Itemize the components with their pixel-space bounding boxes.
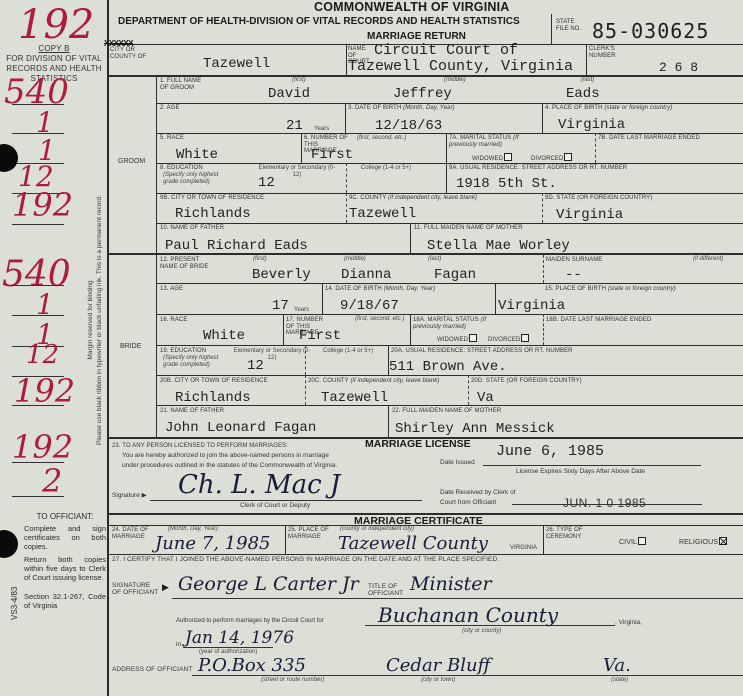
state-file-label: STATE FILE NO.	[556, 19, 586, 32]
groom-marriage-number[interactable]: First	[311, 147, 353, 163]
elementary-label: Elementary or Secondary (0-12)	[232, 348, 312, 362]
form-code: VS3-4/83	[10, 587, 19, 620]
bride-dob-label: 14. DATE OF BIRTH (Month, Day, Year)	[325, 286, 435, 293]
college-label: College (1-4 or 5+)	[318, 348, 378, 355]
license-heading: MARRIAGE LICENSE	[365, 438, 471, 450]
groom-street[interactable]: 1918 5th St.	[456, 176, 557, 192]
college-label: College (1-4 or 5+)	[356, 165, 416, 172]
date-received-label-2: Court from Officiant	[440, 499, 496, 506]
red-mark: 192	[12, 186, 73, 224]
bride-county-label: 20c. COUNTY (if independent city, leave …	[308, 378, 439, 385]
state-file-number: 85-030625	[592, 19, 709, 43]
groom-divorced-checkbox[interactable]: DIVORCED	[531, 153, 572, 163]
marriage-place-hint: (county or independent city)	[340, 526, 414, 532]
form-name: MARRIAGE RETURN	[367, 31, 466, 42]
binder-hole	[0, 144, 18, 172]
groom-section-label: GROOM	[118, 158, 145, 165]
signature-label: Signature ▶	[112, 491, 147, 499]
marriage-number-hint: (first, second, etc.)	[355, 316, 404, 322]
officiant-heading: TO OFFICIANT:	[24, 512, 106, 521]
marriage-date-label: 24. DATE OF MARRIAGE	[112, 527, 157, 540]
expiry-note: License Expires Sixty Days After Above D…	[516, 468, 645, 475]
years-label: Years	[294, 307, 309, 313]
city-hint: (city or town)	[421, 677, 455, 683]
middle-hint: (middle)	[344, 256, 366, 262]
last-hint: (last)	[581, 77, 594, 83]
groom-race[interactable]: White	[176, 147, 218, 163]
bride-race[interactable]: White	[203, 328, 245, 344]
red-mark: 192	[18, 2, 94, 48]
bride-marriage-number[interactable]: First	[299, 328, 341, 344]
license-text-1: You are hereby authorized to join the ab…	[122, 452, 329, 459]
groom-father[interactable]: Paul Richard Eads	[165, 238, 308, 254]
red-mark: 192	[12, 428, 73, 466]
bride-mother-label: 22. FULL MAIDEN NAME OF MOTHER	[392, 408, 501, 415]
groom-race-label: 5. RACE	[160, 135, 184, 142]
officiant-instructions: TO OFFICIANT: Complete and sign certific…	[24, 512, 106, 614]
bride-education[interactable]: 12	[247, 358, 264, 374]
bride-father-label: 21. NAME OF FATHER	[160, 408, 224, 415]
bride-first-name[interactable]: Beverly	[252, 267, 311, 283]
marriage-number-hint: (first, second, etc.)	[357, 135, 406, 141]
arrow-right-icon: ▶	[162, 582, 169, 593]
binding-note: Margin reserved for binding Please use b…	[86, 175, 104, 465]
civil-checkbox[interactable]: CIVIL	[619, 537, 646, 547]
bride-state-label: 20d. STATE (OR FOREIGN COUNTRY)	[471, 378, 582, 385]
groom-pob[interactable]: Virginia	[558, 117, 625, 133]
religious-checkbox[interactable]: RELIGIOUS	[679, 537, 727, 547]
groom-education[interactable]: 12	[258, 175, 275, 191]
groom-mother-label: 11. FULL MAIDEN NAME OF MOTHER	[414, 225, 523, 232]
groom-county[interactable]: Tazewell	[349, 206, 416, 222]
checkbox-icon[interactable]	[521, 334, 529, 342]
state-file-box: STATE FILE NO. 85-030625	[551, 14, 743, 44]
groom-city[interactable]: Richlands	[175, 206, 251, 222]
bride-age[interactable]: 17	[272, 298, 289, 314]
officiant-address-label: ADDRESS OF OFFICIANT	[112, 667, 192, 674]
court-line-2[interactable]: Tazewell County, Virginia	[348, 58, 573, 75]
groom-mother[interactable]: Stella Mae Worley	[427, 238, 570, 254]
officiant-street[interactable]: P.O.Box 335	[198, 655, 306, 676]
left-margin: 192 COPY B FOR DIVISION OF VITAL RECORDS…	[0, 0, 108, 696]
groom-state[interactable]: Virginia	[556, 207, 623, 223]
authorization-date[interactable]: Jan 14, 1976	[185, 628, 294, 648]
city-county-value[interactable]: Tazewell	[203, 56, 270, 72]
red-mark: 1	[36, 288, 54, 321]
bride-father[interactable]: John Leonard Fagan	[165, 420, 316, 436]
marriage-return-form: 192 COPY B FOR DIVISION OF VITAL RECORDS…	[0, 0, 743, 696]
officiant-state[interactable]: Va.	[603, 655, 631, 676]
license-intro-label: 23. TO ANY PERSON LICENSED TO PERFORM MA…	[112, 443, 288, 450]
court-line-1[interactable]: Circuit Court of	[374, 42, 518, 59]
groom-last-name[interactable]: Eads	[566, 86, 600, 102]
middle-hint: (middle)	[444, 77, 466, 83]
bride-section-label: BRIDE	[120, 343, 141, 350]
groom-education-label: 8. EDUCATION	[160, 165, 203, 172]
groom-street-label: 9a. USUAL RESIDENCE: STREET ADDRESS OR R…	[449, 165, 627, 172]
authorized-label: Authorized to perform marriages by the C…	[176, 618, 324, 624]
form-title: COMMONWEALTH OF VIRGINIA	[314, 0, 510, 14]
bride-education-label: 19. EDUCATION	[160, 348, 206, 355]
bride-name-label: 12. PRESENT NAME OF BRIDE	[160, 257, 210, 270]
bride-age-label: 13. AGE	[160, 286, 183, 293]
clerk-number-label: CLERK'S NUMBER	[589, 46, 629, 59]
bride-state[interactable]: Va	[477, 390, 494, 406]
bride-race-label: 16. RACE	[160, 317, 187, 324]
marriage-date-hint: (Month, Day, Year)	[168, 526, 218, 532]
clerk-signature[interactable]: Ch. L. Mac J	[178, 470, 340, 500]
marriage-place-label: 25. PLACE OF MARRIAGE	[288, 527, 333, 540]
red-mark: 2	[42, 462, 62, 500]
last-hint: (last)	[428, 256, 441, 262]
bride-divorced-checkbox[interactable]: DIVORCED	[488, 334, 529, 344]
date-received-label-1: Date Received by Clerk of	[440, 489, 516, 496]
bride-street-label: 20a. USUAL RESIDENCE: STREET ADDRESS OR …	[391, 348, 573, 355]
bride-dob[interactable]: 9/18/67	[340, 298, 399, 314]
maiden-surname-label: MAIDEN SURNAME	[546, 257, 602, 264]
first-hint: (first)	[253, 256, 267, 262]
bride-marital-status-label: 18a. MARITAL STATUS (If previously marri…	[413, 317, 508, 330]
bride-last-marriage-ended-label: 18b. DATE LAST MARRIAGE ENDED	[546, 317, 651, 324]
binding-line-2: Please use black ribbon in typewriter or…	[95, 175, 104, 465]
marriage-date[interactable]: June 7, 1985	[155, 533, 270, 554]
city-county-label: CITY OR COUNTY OF	[110, 47, 150, 60]
groom-last-marriage-ended-label: 7b. DATE LAST MARRIAGE ENDED	[598, 135, 700, 142]
groom-age[interactable]: 21	[286, 118, 303, 134]
clerk-number[interactable]: 2 6 8	[659, 60, 698, 75]
officiant-instruction-2: Return both copies within five days to C…	[24, 555, 106, 582]
binder-hole	[0, 530, 18, 558]
checkbox-icon[interactable]	[564, 153, 572, 161]
checked-checkbox-icon[interactable]	[719, 537, 727, 545]
marriage-place[interactable]: Tazewell County	[338, 533, 488, 554]
authorized-court[interactable]: Buchanan County	[378, 603, 558, 627]
groom-first-name[interactable]: David	[268, 86, 310, 102]
license-text-2: under procedures outlined in the statute…	[122, 462, 337, 469]
groom-father-label: 10. NAME OF FATHER	[160, 225, 224, 232]
officiant-title[interactable]: Minister	[410, 573, 492, 595]
officiant-city[interactable]: Cedar Bluff	[386, 655, 490, 676]
groom-marital-status-label: 7a. MARITAL STATUS (If previously marrie…	[449, 135, 544, 148]
ceremony-type-label: 26. TYPE OF CEREMONY	[546, 527, 596, 540]
bride-maiden-surname[interactable]: --	[565, 267, 582, 283]
groom-dob-label: 3. DATE OF BIRTH (Month, Day, Year)	[348, 105, 455, 112]
groom-pob-label: 4. PLACE OF BIRTH (state or foreign coun…	[545, 105, 672, 112]
department-title: DEPARTMENT OF HEALTH-DIVISION OF VITAL R…	[118, 16, 520, 27]
groom-city-label: 9b. CITY OR TOWN OF RESIDENCE	[160, 195, 264, 202]
bride-city[interactable]: Richlands	[175, 390, 251, 406]
groom-widowed-checkbox[interactable]: WIDOWED	[472, 153, 512, 163]
bride-county[interactable]: Tazewell	[321, 390, 388, 406]
checkbox-icon[interactable]	[504, 153, 512, 161]
groom-dob[interactable]: 12/18/63	[375, 118, 442, 134]
groom-state-label: 9d. STATE (OR FOREIGN COUNTRY)	[545, 195, 652, 202]
officiant-signature[interactable]: George L Carter Jr	[178, 573, 359, 595]
bride-middle-name[interactable]: Dianna	[341, 267, 391, 283]
checkbox-icon[interactable]	[638, 537, 646, 545]
date-issued[interactable]: June 6, 1985	[496, 443, 604, 460]
checkbox-icon[interactable]	[469, 334, 477, 342]
bride-city-label: 20b. CITY OR TOWN OF RESIDENCE	[160, 378, 268, 385]
education-hint: (Specify only highest grade completed)	[163, 355, 223, 368]
virginia-suffix: , Virginia,	[615, 619, 642, 626]
maiden-hint: (if different)	[693, 256, 723, 262]
copy-b-label: COPY B	[0, 44, 108, 54]
first-hint: (first)	[292, 77, 306, 83]
in-label: in	[176, 641, 181, 648]
clerk-caption: Clerk of Court or Deputy	[240, 502, 310, 509]
state-hint: (state)	[611, 677, 628, 683]
officiant-instruction-1: Complete and sign certificates on both c…	[24, 524, 106, 551]
certification-statement: 27. I CERTIFY THAT I JOINED THE ABOVE-NA…	[112, 557, 499, 564]
bride-widowed-checkbox[interactable]: WIDOWED	[437, 334, 477, 344]
city-county-hint: (city or county)	[462, 628, 501, 634]
red-mark: 12	[26, 340, 59, 370]
bride-pob-label: 15. PLACE OF BIRTH (state or foreign cou…	[545, 286, 676, 293]
code-section: Section 32.1-267, Code of Virginia	[24, 592, 106, 610]
groom-county-label: 9c. COUNTY (if independent city, leave b…	[349, 195, 477, 202]
received-stamp: JUN. 1 0 1985	[563, 496, 646, 510]
bride-pob[interactable]: Virginia	[498, 298, 565, 314]
arrow-right-icon: ▶	[142, 492, 147, 499]
groom-middle-name[interactable]: Jeffrey	[393, 86, 452, 102]
street-hint: (street or route number)	[261, 677, 324, 683]
bride-last-name[interactable]: Fagan	[434, 267, 476, 283]
bride-street[interactable]: 511 Brown Ave.	[389, 359, 507, 375]
education-hint: (Specify only highest grade completed)	[163, 172, 223, 185]
years-label: Years	[314, 126, 329, 132]
officiant-signature-label: SIGNATURE OF OFFICIANT	[112, 582, 160, 596]
virginia-label: VIRGINIA	[510, 545, 537, 552]
groom-name-label: 1. FULL NAME OF GROOM	[160, 78, 210, 91]
date-issued-label: Date Issued	[440, 459, 475, 466]
bride-mother[interactable]: Shirley Ann Messick	[395, 421, 555, 437]
officiant-title-label: TITLE OF OFFICIANT	[368, 583, 402, 597]
groom-age-label: 2. AGE	[160, 105, 180, 112]
binding-line-1: Margin reserved for binding	[86, 175, 95, 465]
